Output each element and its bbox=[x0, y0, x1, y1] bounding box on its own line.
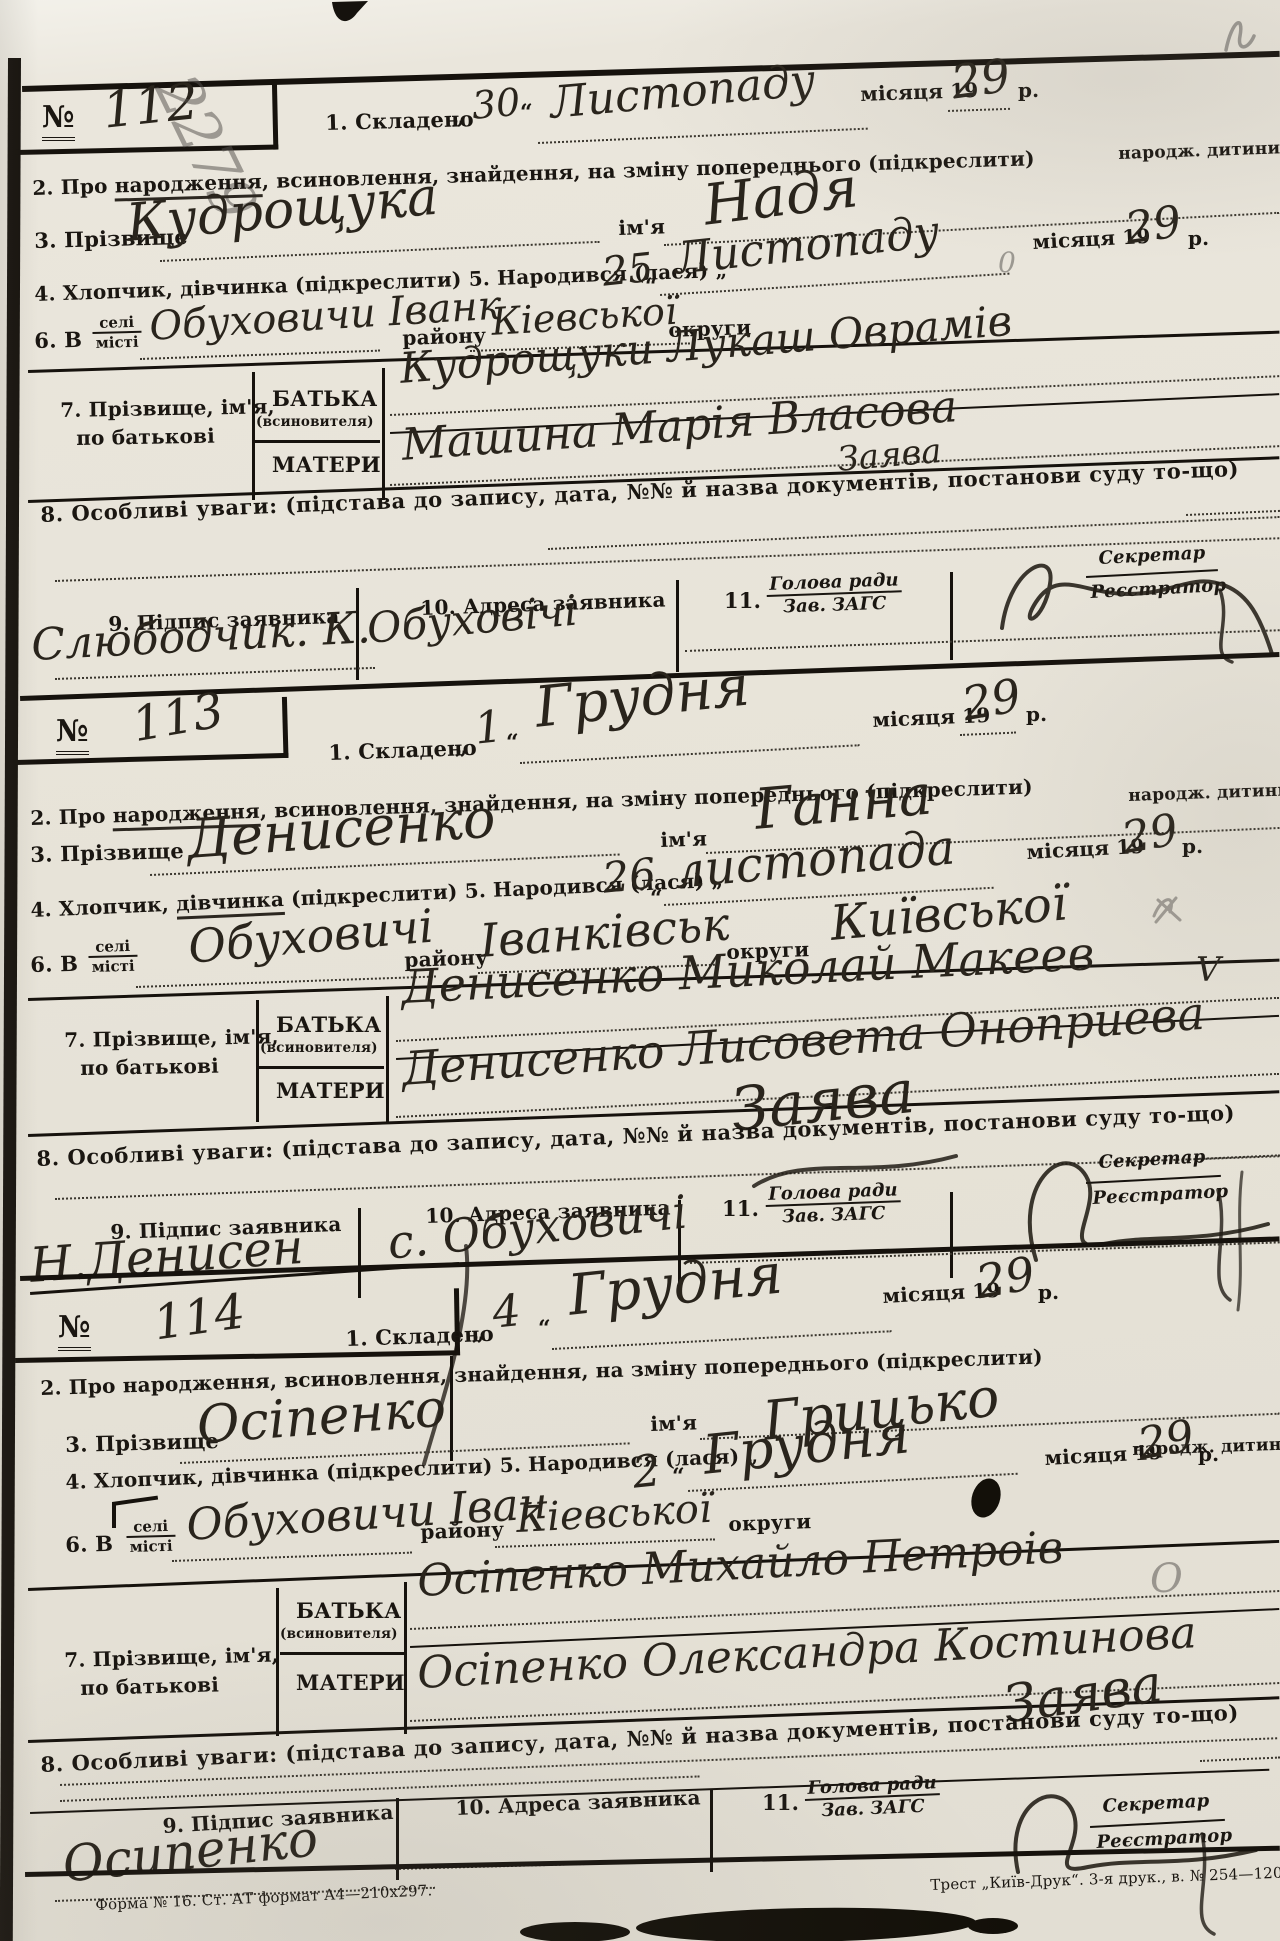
adopter-label: (всиновителя) bbox=[280, 1626, 398, 1642]
year-handwritten: 29 bbox=[1122, 196, 1185, 254]
misti-label: місті bbox=[93, 333, 142, 352]
table-divider bbox=[404, 1582, 407, 1734]
place-label: 6. В bbox=[34, 327, 82, 353]
parents-label-2: по батькові bbox=[80, 1672, 219, 1700]
applicant-signature-handwritten: Осипенко bbox=[60, 1809, 321, 1893]
parents-label-2: по батькові bbox=[76, 424, 215, 450]
holova-signature bbox=[748, 1142, 963, 1197]
quote-open: „ bbox=[455, 734, 468, 760]
r-label: р. bbox=[1188, 226, 1209, 250]
zav-zags-label: Зав. ЗАГС bbox=[766, 1202, 902, 1228]
quote-close: “ bbox=[520, 100, 533, 126]
quote-close: “ bbox=[672, 1464, 685, 1490]
table-divider bbox=[252, 372, 255, 500]
table-divider bbox=[386, 996, 389, 1122]
surname-label: 3. Прізвище bbox=[65, 1428, 219, 1457]
line4-pre: 4. Хлопчик, bbox=[34, 277, 180, 306]
child-birth-label: народж. дитини bbox=[1128, 780, 1280, 806]
born-month: Грудня bbox=[700, 1402, 913, 1486]
rule-line bbox=[280, 1652, 404, 1655]
father-label: БАТЬКА bbox=[276, 1012, 381, 1037]
zav-zags-label: Зав. ЗАГС bbox=[767, 592, 903, 618]
table-divider bbox=[950, 1192, 953, 1278]
holova-zav-label: Голова радиЗав. ЗАГС bbox=[766, 569, 903, 618]
father-check-mark: V bbox=[1196, 950, 1221, 990]
pencil-zero-mark: 0 bbox=[998, 246, 1016, 279]
dotted-line bbox=[1186, 510, 1280, 516]
secretary-signature bbox=[988, 1772, 1280, 1940]
scan-left-edge bbox=[0, 58, 21, 1941]
misti-label: місті bbox=[89, 957, 138, 976]
place-label: 6. В bbox=[65, 1531, 113, 1557]
r-label: р. bbox=[1018, 78, 1039, 102]
mother-label: МАТЕРИ bbox=[296, 1670, 405, 1695]
line2-pre: 2. Про bbox=[40, 1373, 123, 1400]
sig11-label: 11. bbox=[722, 1196, 759, 1221]
year-handwritten: 29 bbox=[972, 1246, 1039, 1309]
composed-day: 30 bbox=[470, 80, 522, 128]
applicant-address-handwritten: Обуховічі bbox=[365, 586, 579, 653]
r-label: р. bbox=[1038, 1280, 1059, 1304]
composed-month: Листопаду bbox=[548, 55, 817, 129]
scan-artifact bbox=[636, 1905, 977, 1941]
applicant-address-label: 10. Адреса заявника bbox=[455, 1785, 701, 1820]
r-label: р. bbox=[1026, 702, 1047, 726]
village-town-fraction: селімісті bbox=[92, 313, 142, 352]
year-handwritten: 29 bbox=[1134, 1410, 1198, 1470]
pencil-scribble bbox=[1146, 886, 1190, 930]
parents-label-1: 7. Прізвище, ім'я, bbox=[60, 394, 275, 422]
dotted-line bbox=[1200, 1757, 1280, 1762]
okruha-label: округи bbox=[728, 1509, 812, 1536]
holova-zav-label: Голова радиЗав. ЗАГС bbox=[804, 1772, 941, 1822]
parents-label-1: 7. Прізвище, ім'я, bbox=[64, 1024, 279, 1052]
mother-label: МАТЕРИ bbox=[276, 1078, 385, 1103]
no-label: № bbox=[58, 1310, 91, 1351]
scan-artifact bbox=[520, 1922, 630, 1941]
seli-label: селі bbox=[88, 937, 137, 958]
raion-label: району bbox=[420, 1517, 505, 1544]
r-label: р. bbox=[1198, 1442, 1219, 1466]
table-divider bbox=[950, 572, 953, 660]
village-town-fraction: селімісті bbox=[88, 937, 138, 976]
father-label: БАТЬКА bbox=[296, 1598, 401, 1623]
composed-month: Грудня bbox=[565, 1242, 785, 1329]
secretary-signature bbox=[980, 532, 1280, 672]
dotted-line bbox=[55, 667, 375, 680]
composed-day: 4 bbox=[490, 1285, 523, 1339]
seli-label: селі bbox=[92, 313, 141, 334]
surname-label: 3. Прізвище bbox=[30, 838, 184, 867]
year-handwritten: 29 bbox=[958, 668, 1025, 731]
year-handwritten: 29 bbox=[948, 48, 1013, 110]
composed-day: 1 bbox=[472, 701, 505, 755]
name-label: ім'я bbox=[650, 1410, 697, 1436]
composed-month: Грудня bbox=[532, 654, 752, 741]
line2-pre: 2. Про bbox=[30, 803, 113, 830]
no-label: № bbox=[56, 714, 89, 755]
scanned-registry-form: № 112 2279 1. Складено „ 30 “ Листопаду … bbox=[0, 0, 1280, 1941]
dotted-line bbox=[552, 1330, 892, 1350]
rule-line bbox=[258, 1066, 384, 1069]
zav-zags-label: Зав. ЗАГС bbox=[805, 1795, 941, 1822]
dotted-line bbox=[520, 744, 860, 764]
quote-close: “ bbox=[506, 730, 519, 756]
seli-label: селі bbox=[126, 1517, 175, 1538]
ink-mark-top bbox=[326, 0, 374, 30]
table-divider bbox=[256, 1000, 259, 1122]
pencil-check-top-right bbox=[1214, 6, 1262, 58]
dotted-line bbox=[140, 350, 380, 360]
sig11-label: 11. bbox=[724, 588, 761, 613]
parents-label-1: 7. Прізвище, ім'я, bbox=[64, 1642, 279, 1672]
father-label: БАТЬКА bbox=[272, 386, 377, 411]
misti-label: місті bbox=[127, 1537, 176, 1556]
raion-handwritten: Кіевської bbox=[515, 1486, 713, 1542]
r-label: р. bbox=[1182, 834, 1203, 858]
table-divider bbox=[358, 1208, 361, 1298]
name-label: ім'я bbox=[618, 214, 665, 240]
adopter-label: (всиновителя) bbox=[256, 414, 374, 430]
pen-corner-mark bbox=[112, 1496, 158, 1506]
quote-open: „ bbox=[472, 1320, 485, 1346]
mother-label: МАТЕРИ bbox=[272, 452, 381, 477]
dotted-line bbox=[538, 128, 868, 144]
table-divider bbox=[676, 580, 679, 672]
place-label: 6. В bbox=[30, 951, 78, 977]
pen-corner-mark bbox=[112, 1502, 116, 1528]
dotted-line bbox=[172, 1552, 412, 1562]
footer-form-number: Форма № 16. Ст. АТ формат А4—210x297. bbox=[95, 1881, 433, 1914]
year-handwritten: 29 bbox=[1118, 804, 1182, 864]
rule-line bbox=[254, 440, 380, 443]
line4-pre: 4. Хлопчик, bbox=[65, 1464, 212, 1494]
sig11-label: 11. bbox=[762, 1790, 799, 1815]
quote-close: “ bbox=[538, 1316, 551, 1342]
parents-label-2: по батькові bbox=[80, 1054, 219, 1080]
no-label: № bbox=[42, 100, 75, 141]
line2-pre: 2. Про bbox=[32, 174, 115, 200]
scan-artifact bbox=[968, 1918, 1018, 1934]
line4-pre: 4. Хлопчик, bbox=[30, 892, 177, 922]
applicant-signature-handwritten: Слюбодчик. К. bbox=[30, 602, 372, 671]
quote-open: „ bbox=[452, 104, 465, 130]
dotted-line bbox=[960, 732, 1016, 736]
child-birth-label: народж. дитини bbox=[1118, 138, 1280, 164]
table-divider bbox=[382, 368, 385, 500]
village-town-fraction: селімісті bbox=[126, 1517, 176, 1556]
adopter-label: (всиновителя) bbox=[260, 1040, 378, 1056]
line4-girl: дівчинка bbox=[211, 1460, 320, 1488]
remarks-label: 8. Особливі уваги: (підстава до запису, … bbox=[40, 456, 1240, 527]
ink-blot bbox=[967, 1475, 1006, 1522]
